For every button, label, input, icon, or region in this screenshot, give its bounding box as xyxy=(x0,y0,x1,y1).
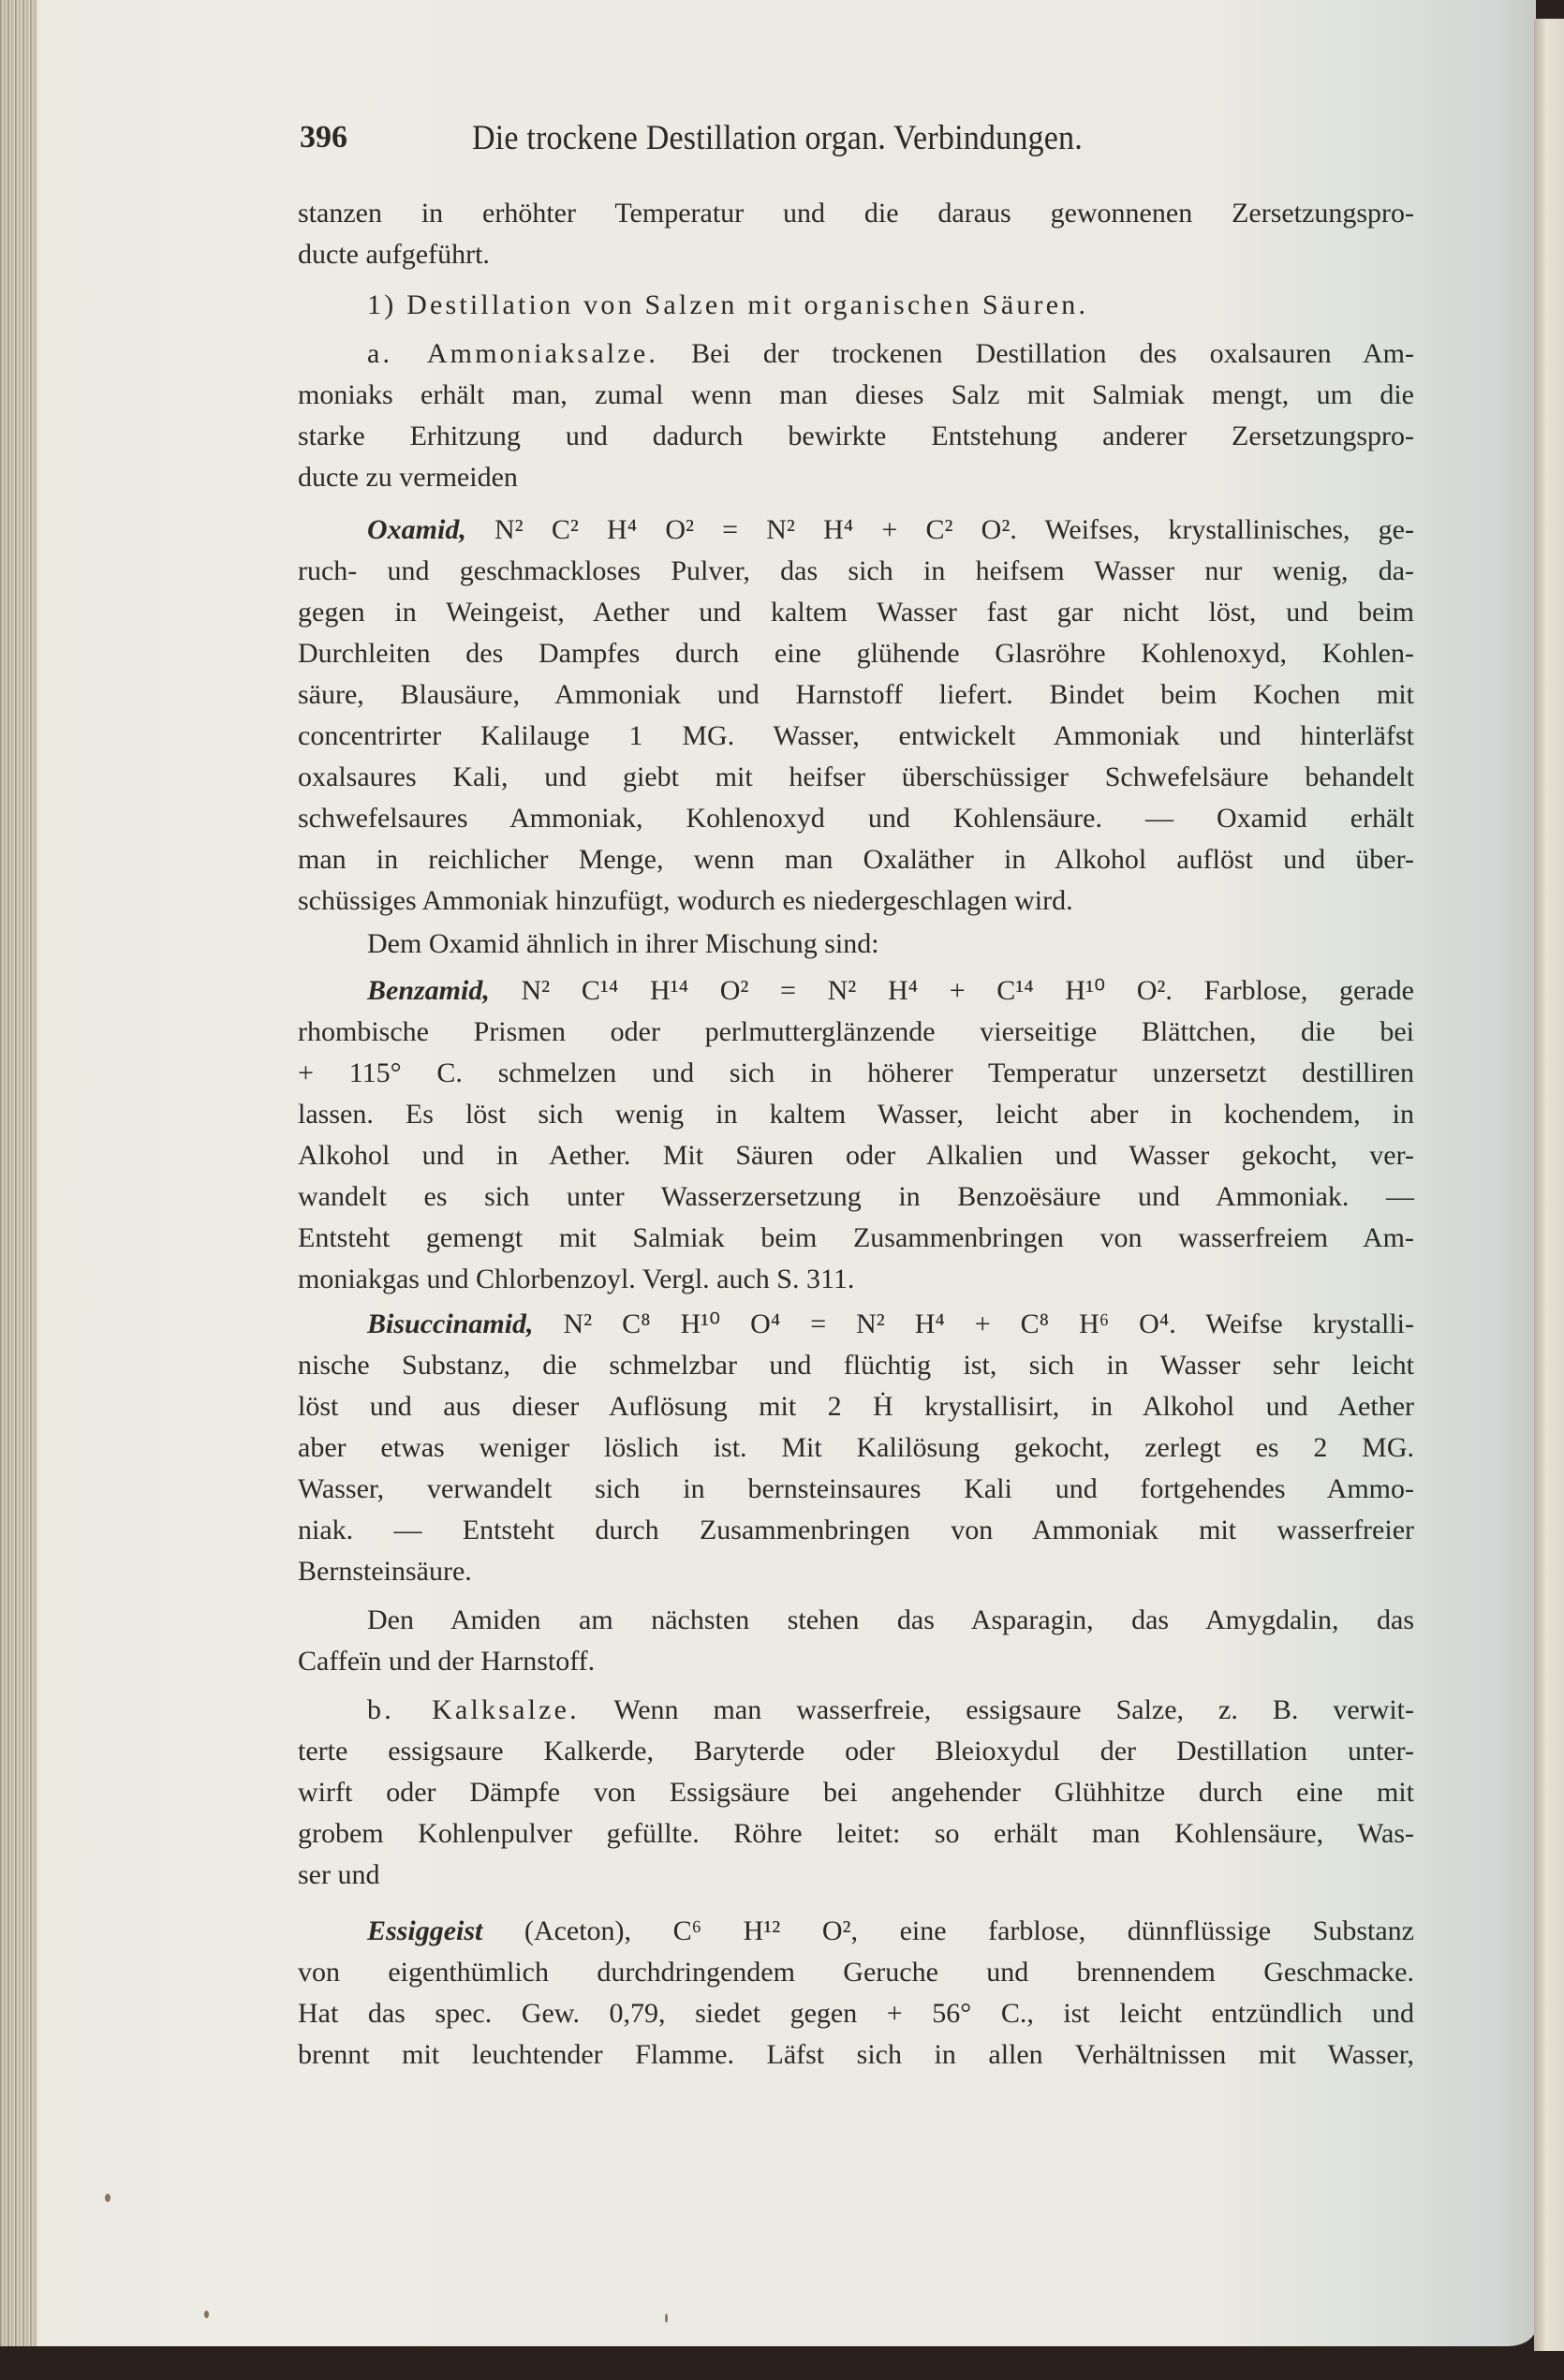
page-edges xyxy=(0,0,37,2346)
text-line: rhombische Prismen oder perlmutterglänze… xyxy=(298,1013,1414,1051)
text-line: schwefelsaures Ammoniak, Kohlenoxyd und … xyxy=(298,800,1414,837)
text-line: Den Amiden am nächsten stehen das Aspara… xyxy=(367,1602,1414,1639)
text-line: Essiggeist (Aceton), C⁶ H¹² O², eine far… xyxy=(367,1913,1414,1950)
text-span: Wenn man wasserfreie, essigsaure Salze, … xyxy=(580,1694,1414,1725)
subsection-heading: a. Ammoniaksalze. xyxy=(367,338,658,369)
text-line: starke Erhitzung und dadurch bewirkte En… xyxy=(298,418,1414,455)
compound-name: Benzamid, xyxy=(367,975,490,1006)
text-span: N² C⁸ H¹⁰ O⁴ = N² H⁴ + C⁸ H⁶ O⁴. Weifse … xyxy=(534,1308,1414,1339)
text-line: schüssiges Ammoniak hinzufügt, wodurch e… xyxy=(298,882,1073,920)
text-line: man in reichlicher Menge, wenn man Oxalä… xyxy=(298,841,1414,879)
text-line: Caffeïn und der Harnstoff. xyxy=(298,1643,595,1680)
page-header: 396 Die trockene Destillation organ. Ver… xyxy=(298,120,1422,167)
text-line: nische Substanz, die schmelzbar und flüc… xyxy=(298,1347,1414,1384)
text-line: moniakgas und Chlorbenzoyl. Vergl. auch … xyxy=(298,1261,854,1298)
text-line: ducte zu vermeiden xyxy=(298,459,518,496)
text-line: moniaks erhält man, zumal wenn man diese… xyxy=(298,377,1414,414)
text-line: ruch- und geschmackloses Pulver, das sic… xyxy=(298,553,1414,590)
text-line: grobem Kohlenpulver gefüllte. Röhre leit… xyxy=(298,1815,1414,1853)
text-line: wandelt es sich unter Wasserzersetzung i… xyxy=(298,1178,1414,1216)
text-line: brennt mit leuchtender Flamme. Läfst sic… xyxy=(298,2036,1414,2074)
text-line: stanzen in erhöhter Temperatur und die d… xyxy=(298,195,1414,232)
text-line: Entsteht gemengt mit Salmiak beim Zusamm… xyxy=(298,1220,1414,1257)
text-line: Dem Oxamid ähnlich in ihrer Mischung sin… xyxy=(367,925,879,963)
compound-name: Oxamid, xyxy=(367,514,466,545)
text-span: Bei der trockenen Destillation des oxals… xyxy=(658,338,1414,369)
running-title: Die trockene Destillation organ. Verbind… xyxy=(472,118,1083,158)
section-heading: 1) Destillation von Salzen mit organisch… xyxy=(367,287,1088,324)
text-line: Oxamid, N² C² H⁴ O² = N² H⁴ + C² O². Wei… xyxy=(367,511,1414,549)
text-line: Hat das spec. Gew. 0,79, siedet gegen + … xyxy=(298,1995,1414,2033)
text-line: Durchleiten des Dampfes durch eine glühe… xyxy=(298,635,1414,673)
text-line: terte essigsaure Kalkerde, Baryterde ode… xyxy=(298,1733,1414,1770)
book-page: 396 Die trockene Destillation organ. Ver… xyxy=(0,0,1536,2346)
compound-name: Bisuccinamid, xyxy=(367,1308,534,1339)
compound-name: Essiggeist xyxy=(367,1915,482,1946)
text-line: b. Kalksalze. Wenn man wasserfreie, essi… xyxy=(367,1692,1414,1729)
paper-stain xyxy=(665,2313,668,2323)
adjacent-page-edge xyxy=(1534,19,1564,2351)
text-line: von eigenthümlich durchdringendem Geruch… xyxy=(298,1954,1414,1991)
text-line: ducte aufgeführt. xyxy=(298,236,490,273)
text-line: gegen in Weingeist, Aether und kaltem Wa… xyxy=(298,594,1414,631)
text-line: wirft oder Dämpfe von Essigsäure bei ang… xyxy=(298,1774,1414,1811)
paper-stain xyxy=(105,2194,111,2202)
text-line: Benzamid, N² C¹⁴ H¹⁴ O² = N² H⁴ + C¹⁴ H¹… xyxy=(367,972,1414,1010)
text-span: N² C² H⁴ O² = N² H⁴ + C² O². Weifses, kr… xyxy=(466,514,1414,545)
text-line: Bisuccinamid, N² C⁸ H¹⁰ O⁴ = N² H⁴ + C⁸ … xyxy=(367,1306,1414,1343)
paper-stain xyxy=(204,2311,209,2318)
text-line: Bernsteinsäure. xyxy=(298,1553,472,1590)
text-line: niak. — Entsteht durch Zusammenbringen v… xyxy=(298,1512,1414,1549)
text-line: löst und aus dieser Auflösung mit 2 Ḣ kr… xyxy=(298,1388,1414,1426)
text-line: ser und xyxy=(298,1856,379,1894)
text-line: säure, Blausäure, Ammoniak und Harnstoff… xyxy=(298,676,1414,714)
text-line: Alkohol und in Aether. Mit Säuren oder A… xyxy=(298,1137,1414,1175)
page-number: 396 xyxy=(300,120,347,155)
text-span: N² C¹⁴ H¹⁴ O² = N² H⁴ + C¹⁴ H¹⁰ O². Farb… xyxy=(490,975,1414,1006)
text-span: (Aceton), C⁶ H¹² O², eine farblose, dünn… xyxy=(482,1915,1414,1946)
text-line: concentrirter Kalilauge 1 MG. Wasser, en… xyxy=(298,717,1414,755)
text-line: lassen. Es löst sich wenig in kaltem Was… xyxy=(298,1096,1414,1133)
text-line: Wasser, verwandelt sich in bernsteinsaur… xyxy=(298,1471,1414,1508)
text-line: oxalsaures Kali, und giebt mit heifser ü… xyxy=(298,759,1414,796)
text-line: a. Ammoniaksalze. Bei der trockenen Dest… xyxy=(367,335,1414,373)
subsection-heading: b. Kalksalze. xyxy=(367,1694,580,1725)
text-line: + 115° C. schmelzen und sich in höherer … xyxy=(298,1055,1414,1092)
text-line: aber etwas weniger löslich ist. Mit Kali… xyxy=(298,1429,1414,1467)
